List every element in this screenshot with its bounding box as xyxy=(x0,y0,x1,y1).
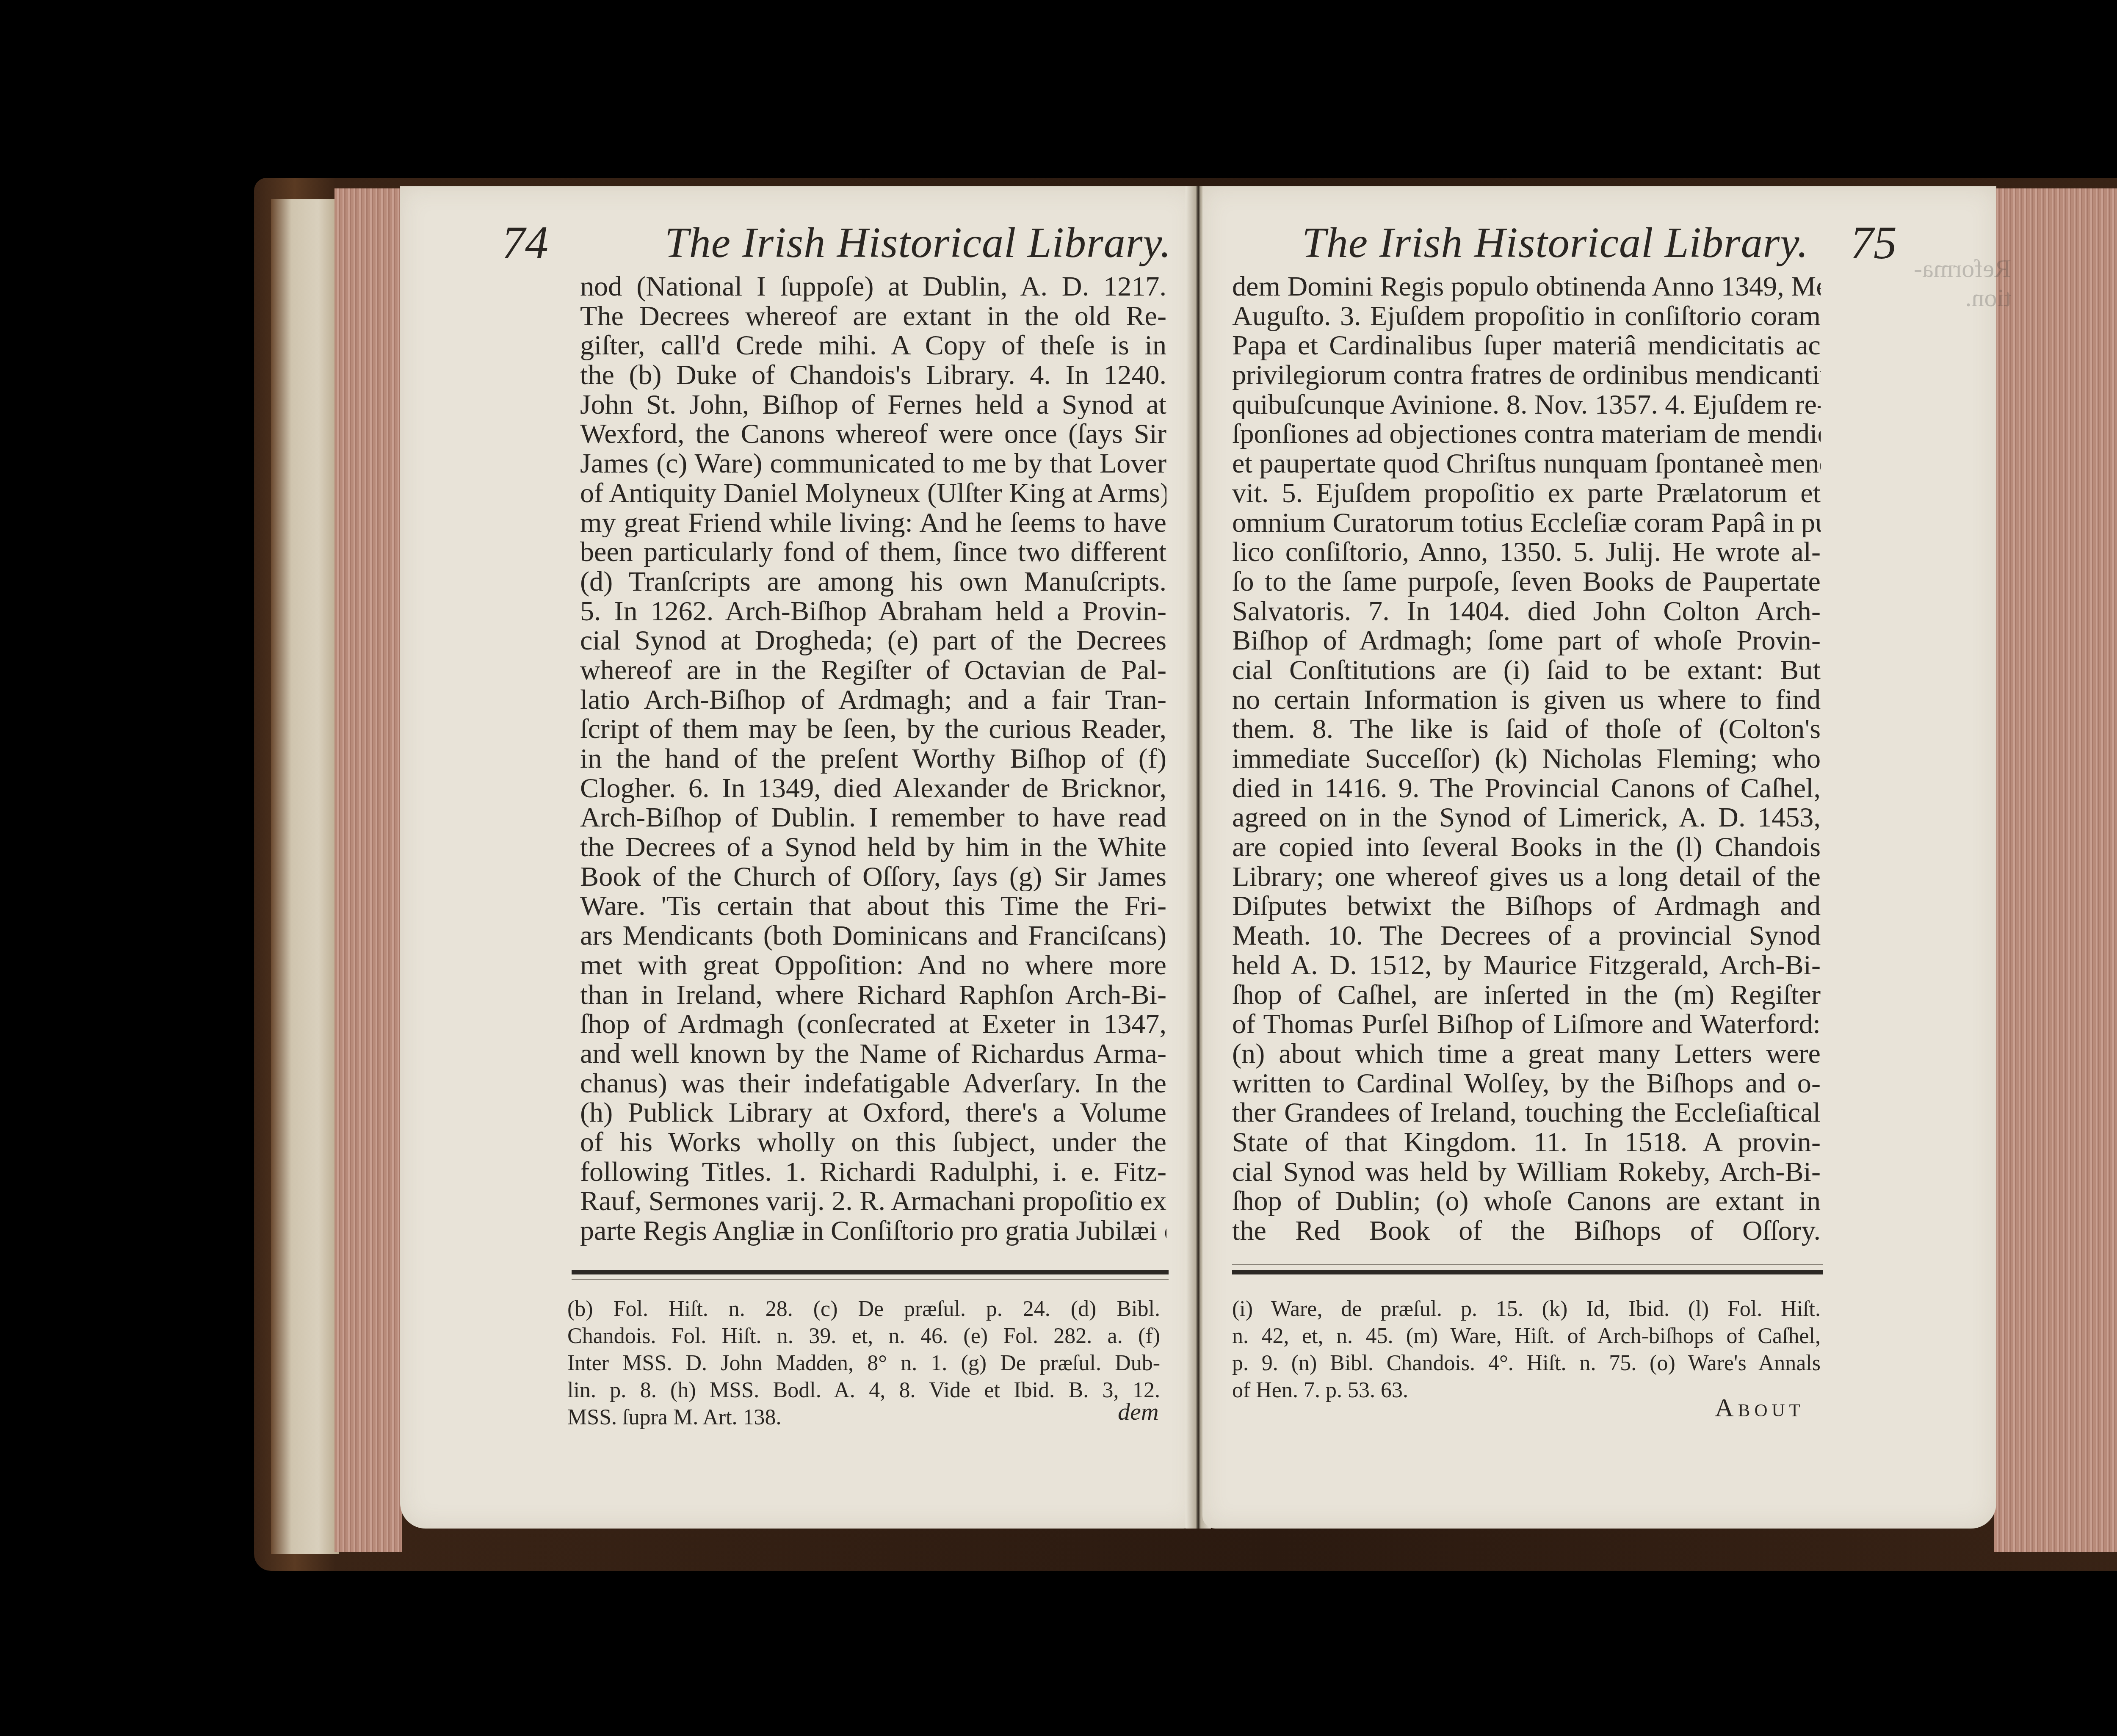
text-line: ſhop of Dublin; (o) whoſe Canons are ext… xyxy=(1232,1186,1821,1216)
text-line: ſcript of them may be ſeen, by the curio… xyxy=(580,714,1166,744)
left-endpaper xyxy=(271,199,339,1554)
text-line: ſhop of Caſhel, are inſerted in the (m) … xyxy=(1232,980,1821,1010)
text-line: lin. p. 8. (h) MSS. Bodl. A. 4, 8. Vide … xyxy=(567,1377,1160,1404)
right-body-text: dem Domini Regis populo obtinenda Anno 1… xyxy=(1232,272,1821,1246)
left-page-number: 74 xyxy=(502,216,548,270)
text-line: MSS. ſupra M. Art. 138. xyxy=(567,1404,1160,1431)
bleed-line-2: tion. xyxy=(1914,283,2011,312)
text-line: cial Synod at Drogheda; (e) part of the … xyxy=(580,626,1166,655)
left-running-head: The Irish Historical Library. xyxy=(665,218,1171,268)
text-line: Library; one whereof gives us a long det… xyxy=(1232,862,1821,892)
right-page-edges xyxy=(1994,188,2117,1552)
text-line: parte Regis Angliæ in Conſiſtorio pro gr… xyxy=(580,1216,1166,1246)
text-line: ther Grandees of Ireland, touching the E… xyxy=(1232,1098,1821,1128)
text-line: (n) about which time a great many Letter… xyxy=(1232,1039,1821,1069)
text-line: met with great Oppoſition: And no where … xyxy=(580,951,1166,980)
right-page-number: 75 xyxy=(1850,216,1897,270)
text-line: Arch-Biſhop of Dublin. I remember to hav… xyxy=(580,803,1166,832)
left-footnote-rule xyxy=(572,1270,1169,1274)
text-line: are copied into ſeveral Books in the (l)… xyxy=(1232,832,1821,862)
text-line: (b) Fol. Hiſt. n. 28. (c) De præſul. p. … xyxy=(567,1296,1160,1323)
right-catchword: About xyxy=(1715,1393,1805,1423)
left-footnote-rule-thin xyxy=(572,1279,1169,1280)
text-line: immediate Succeſſor) (k) Nicholas Flemin… xyxy=(1232,744,1821,774)
text-line: Meath. 10. The Decrees of a provincial S… xyxy=(1232,921,1821,951)
text-line: Rauf, Sermones varij. 2. R. Armachani pr… xyxy=(580,1186,1166,1216)
text-line: (h) Publick Library at Oxford, there's a… xyxy=(580,1098,1166,1128)
text-line: Ware. 'Tis certain that about this Time … xyxy=(580,891,1166,921)
text-line: of Antiquity Daniel Molyneux (Ulſter Kin… xyxy=(580,478,1166,508)
text-line: the Red Book of the Biſhops of Oſſory. xyxy=(1232,1216,1821,1246)
text-line: in the hand of the preſent Worthy Biſhop… xyxy=(580,744,1166,774)
text-line: Wexford, the Canons whereof were once (ſ… xyxy=(580,419,1166,449)
text-line: no certain Information is given us where… xyxy=(1232,685,1821,715)
text-line: n. 42, et, n. 45. (m) Ware, Hiſt. of Arc… xyxy=(1232,1323,1821,1350)
text-line: chanus) was their indefatigable Adverſar… xyxy=(580,1069,1166,1098)
text-line: of his Works wholly on this ſubject, und… xyxy=(580,1128,1166,1157)
text-line: Biſhop of Ardmagh; ſome part of whoſe Pr… xyxy=(1232,626,1821,655)
text-line: the Decrees of a Synod held by him in th… xyxy=(580,832,1166,862)
text-line: State of that Kingdom. 11. In 1518. A pr… xyxy=(1232,1128,1821,1157)
text-line: dem Domini Regis populo obtinenda Anno 1… xyxy=(1232,272,1821,301)
left-page-edges xyxy=(334,188,402,1552)
text-line: agreed on in the Synod of Limerick, A. D… xyxy=(1232,803,1821,832)
left-catchword: dem xyxy=(1118,1397,1159,1426)
text-line: Chandois. Fol. Hiſt. n. 39. et, n. 46. (… xyxy=(567,1323,1160,1350)
text-line: John St. John, Biſhop of Fernes held a S… xyxy=(580,390,1166,420)
text-line: nod (National I ſuppoſe) at Dublin, A. D… xyxy=(580,272,1166,301)
text-line: privilegiorum contra fratres de ordinibu… xyxy=(1232,360,1821,390)
text-line: following Titles. 1. Richardi Radulphi, … xyxy=(580,1157,1166,1187)
text-line: Papa et Cardinalibus ſuper materiâ mendi… xyxy=(1232,331,1821,360)
text-line: held A. D. 1512, by Maurice Fitzgerald, … xyxy=(1232,951,1821,980)
text-line: (d) Tranſcripts are among his own Manuſc… xyxy=(580,567,1166,597)
text-line: the (b) Duke of Chandois's Library. 4. I… xyxy=(580,360,1166,390)
margin-bleed-through: Reforma- tion. xyxy=(1914,254,2011,312)
text-line: ars Mendicants (both Dominicans and Fran… xyxy=(580,921,1166,951)
left-body-text: nod (National I ſuppoſe) at Dublin, A. D… xyxy=(580,272,1166,1246)
text-line: p. 9. (n) Bibl. Chandois. 4°. Hiſt. n. 7… xyxy=(1232,1350,1821,1377)
text-line: been particularly fond of them, ſince tw… xyxy=(580,537,1166,567)
text-line: my great Friend while living: And he ſee… xyxy=(580,508,1166,538)
text-line: giſter, call'd Crede mihi. A Copy of the… xyxy=(580,331,1166,360)
text-line: written to Cardinal Wolſey, by the Biſho… xyxy=(1232,1069,1821,1098)
text-line: Clogher. 6. In 1349, died Alexander de B… xyxy=(580,774,1166,803)
text-line: whereof are in the Regiſter of Octavian … xyxy=(580,655,1166,685)
text-line: lico conſiſtorio, Anno, 1350. 5. Julij. … xyxy=(1232,537,1821,567)
text-line: Salvatoris. 7. In 1404. died John Colton… xyxy=(1232,597,1821,626)
text-line: Auguſto. 3. Ejuſdem propoſitio in conſiſ… xyxy=(1232,301,1821,331)
text-line: ſhop of Ardmagh (conſecrated at Exeter i… xyxy=(580,1009,1166,1039)
text-line: et paupertate quod Chriſtus nunquam ſpon… xyxy=(1232,449,1821,478)
text-line: latio Arch-Biſhop of Ardmagh; and a fair… xyxy=(580,685,1166,715)
text-line: died in 1416. 9. The Provincial Canons o… xyxy=(1232,774,1821,803)
bleed-line-1: Reforma- xyxy=(1914,254,2011,283)
right-footnotes: (i) Ware, de præſul. p. 15. (k) Id, Ibid… xyxy=(1232,1296,1821,1404)
text-line: cial Conſtitutions are (i) ſaid to be ex… xyxy=(1232,655,1821,685)
text-line: 5. In 1262. Arch-Biſhop Abraham held a P… xyxy=(580,597,1166,626)
text-line: and well known by the Name of Richardus … xyxy=(580,1039,1166,1069)
text-line: cial Synod was held by William Rokeby, A… xyxy=(1232,1157,1821,1187)
text-line: Book of the Church of Oſſory, ſays (g) S… xyxy=(580,862,1166,892)
text-line: James (c) Ware) communicated to me by th… xyxy=(580,449,1166,478)
text-line: (i) Ware, de præſul. p. 15. (k) Id, Ibid… xyxy=(1232,1296,1821,1323)
text-line: quibuſcunque Avinione. 8. Nov. 1357. 4. … xyxy=(1232,390,1821,420)
text-line: than in Ireland, where Richard Raphſon A… xyxy=(580,980,1166,1010)
right-footnote-rule xyxy=(1232,1270,1823,1274)
text-line: of Thomas Purſel Biſhop of Liſmore and W… xyxy=(1232,1009,1821,1039)
text-line: vit. 5. Ejuſdem propoſitio ex parte Præl… xyxy=(1232,478,1821,508)
text-line: ſponſiones ad objectiones contra materia… xyxy=(1232,419,1821,449)
right-footnote-rule-thin xyxy=(1232,1264,1823,1265)
right-running-head: The Irish Historical Library. xyxy=(1302,218,1808,268)
text-line: Diſputes betwixt the Biſhops of Ardmagh … xyxy=(1232,891,1821,921)
text-line: them. 8. The like is ſaid of thoſe of (C… xyxy=(1232,714,1821,744)
text-line: Inter MSS. D. John Madden, 8° n. 1. (g) … xyxy=(567,1350,1160,1377)
text-line: omnium Curatorum totius Eccleſiæ coram P… xyxy=(1232,508,1821,538)
text-line: ſo to the ſame purpoſe, ſeven Books de P… xyxy=(1232,567,1821,597)
text-line: The Decrees whereof are extant in the ol… xyxy=(580,301,1166,331)
left-footnotes: (b) Fol. Hiſt. n. 28. (c) De præſul. p. … xyxy=(567,1296,1160,1431)
